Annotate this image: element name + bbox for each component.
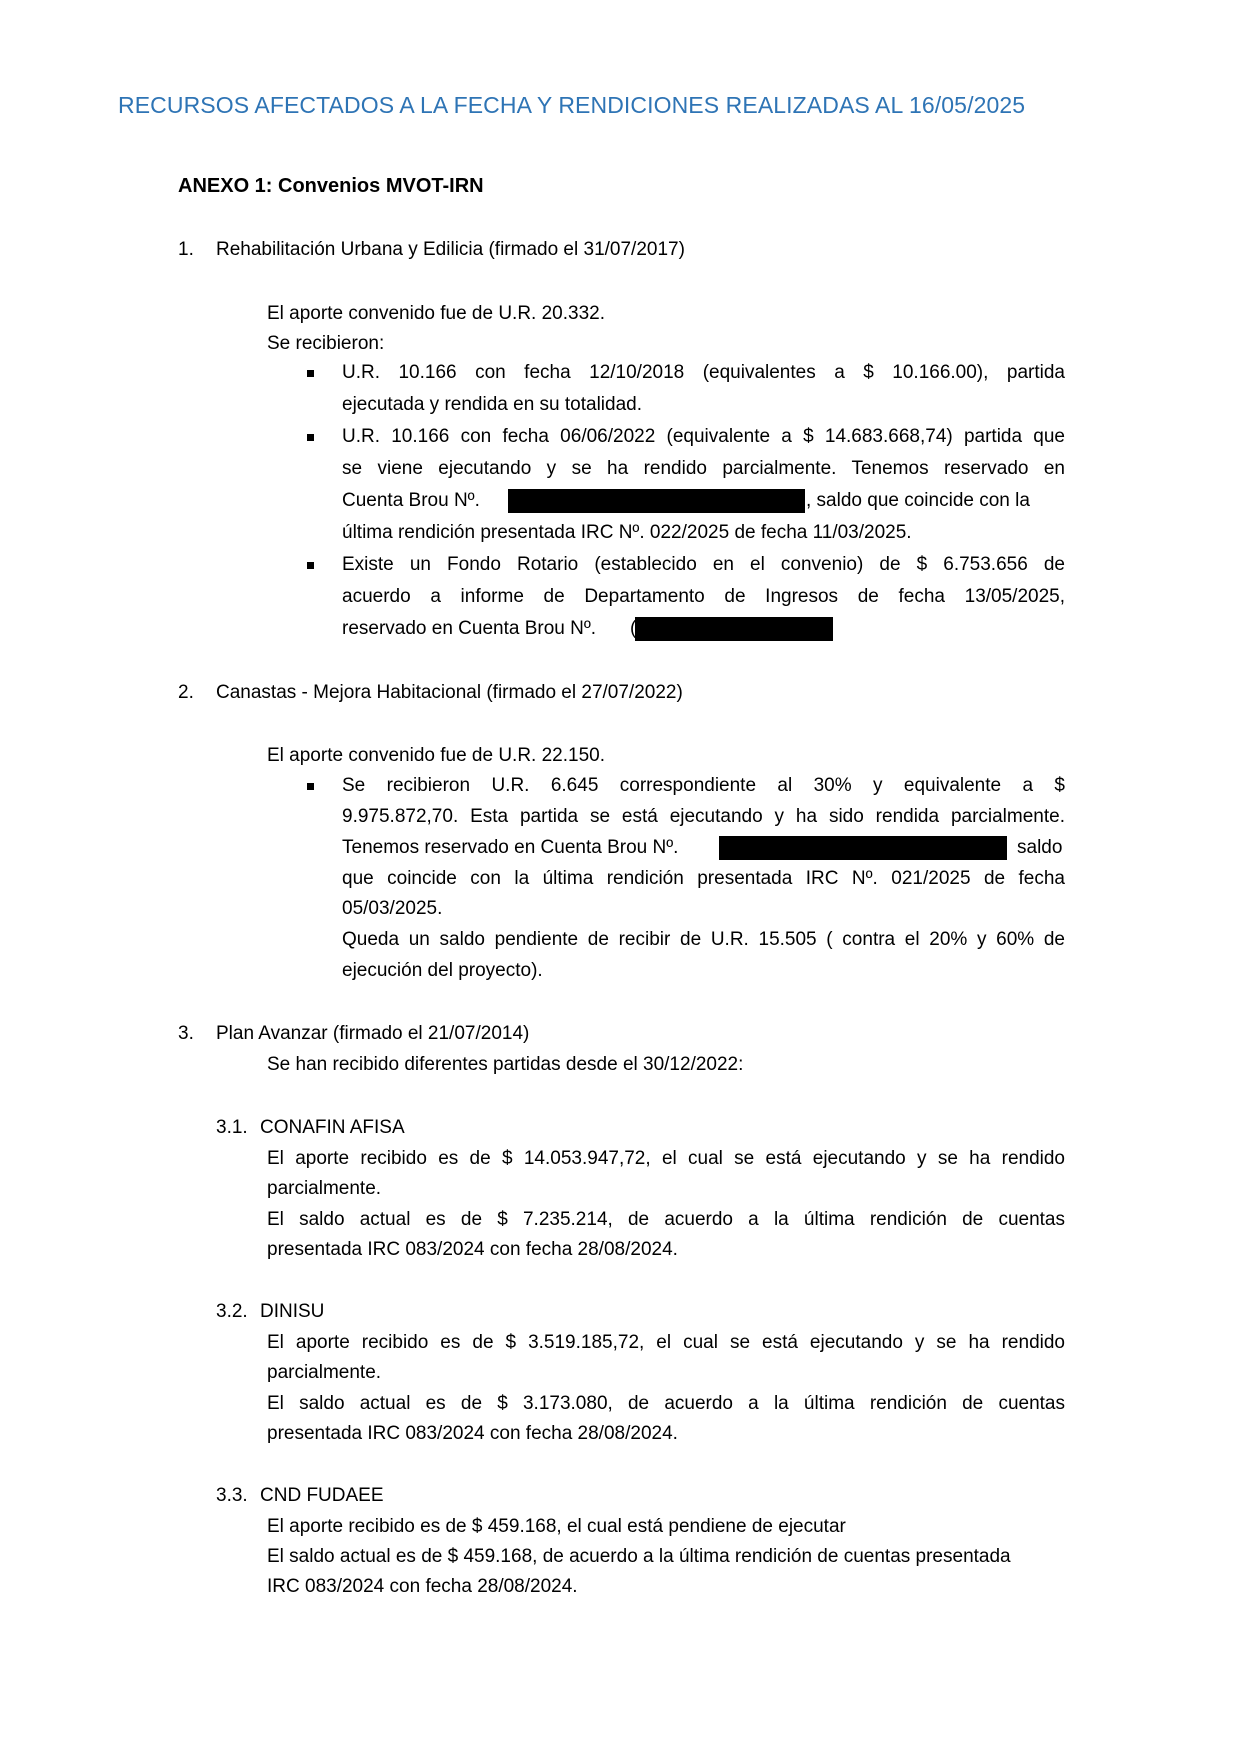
intro-line: El aporte convenido fue de U.R. 22.150. [267, 740, 605, 772]
bullet-text: se viene ejecutando y se ha rendido parc… [342, 453, 1065, 485]
bullet-text: Se recibieron U.R. 6.645 correspondiente… [342, 770, 1065, 802]
account-prefix: Tenemos reservado en Cuenta Brou Nº. [342, 832, 678, 864]
bullet-text: 05/03/2025. [342, 893, 442, 925]
annex-heading: ANEXO 1: Convenios MVOT-IRN [178, 175, 484, 198]
bullet-text: Queda un saldo pendiente de recibir de U… [342, 924, 1065, 956]
subsection-text: presentada IRC 083/2024 con fecha 28/08/… [267, 1418, 678, 1450]
subsection-number: 3.1. [216, 1112, 248, 1144]
section-number: 2. [178, 677, 194, 709]
bullet-text: Existe un Fondo Rotario (establecido en … [342, 549, 1065, 581]
bullet-marker [307, 562, 314, 569]
bullet-text: acuerdo a informe de Departamento de Ing… [342, 581, 1065, 613]
intro-line: Se han recibido diferentes partidas desd… [267, 1049, 743, 1081]
bullet-text: que coincide con la última rendición pre… [342, 863, 1065, 895]
section-number: 3. [178, 1018, 194, 1050]
subsection-text: parcialmente. [267, 1357, 381, 1389]
account-suffix: , saldo que coincide con la [806, 485, 1030, 517]
subsection-heading: CONAFIN AFISA [260, 1112, 405, 1144]
bullet-text: U.R. 10.166 con fecha 12/10/2018 (equiva… [342, 357, 1065, 389]
subsection-number: 3.2. [216, 1296, 248, 1328]
subsection-text: El aporte recibido es de $ 459.168, el c… [267, 1511, 846, 1543]
subsection-number: 3.3. [216, 1480, 248, 1512]
subsection-text: presentada IRC 083/2024 con fecha 28/08/… [267, 1234, 678, 1266]
bullet-text: U.R. 10.166 con fecha 06/06/2022 (equiva… [342, 421, 1065, 453]
subsection-text: parcialmente. [267, 1173, 381, 1205]
section-heading: Plan Avanzar (firmado el 21/07/2014) [216, 1018, 529, 1050]
subsection-text: El saldo actual es de $ 459.168, de acue… [267, 1541, 1011, 1573]
page-title: RECURSOS AFECTADOS A LA FECHA Y RENDICIO… [118, 92, 1025, 119]
subsection-text: El saldo actual es de $ 3.173.080, de ac… [267, 1388, 1065, 1420]
subsection-text: El saldo actual es de $ 7.235.214, de ac… [267, 1204, 1065, 1236]
redacted-account-number [508, 489, 805, 513]
subsection-heading: CND FUDAEE [260, 1480, 384, 1512]
subsection-heading: DINISU [260, 1296, 324, 1328]
document-page: RECURSOS AFECTADOS A LA FECHA Y RENDICIO… [0, 0, 1241, 1755]
account-suffix: saldo [1017, 832, 1062, 864]
account-prefix: reservado en Cuenta Brou Nº. [342, 613, 596, 645]
redacted-account-number [719, 836, 1007, 860]
redacted-account-number [635, 617, 833, 641]
subsection-text: IRC 083/2024 con fecha 28/08/2024. [267, 1571, 578, 1603]
bullet-text: última rendición presentada IRC Nº. 022/… [342, 517, 912, 549]
intro-line: Se recibieron: [267, 328, 384, 360]
bullet-marker [307, 783, 314, 790]
bullet-text: 9.975.872,70. Esta partida se está ejecu… [342, 801, 1065, 833]
section-number: 1. [178, 234, 194, 266]
bullet-marker [307, 434, 314, 441]
account-prefix: Cuenta Brou Nº. [342, 485, 480, 517]
section-heading: Canastas - Mejora Habitacional (firmado … [216, 677, 683, 709]
subsection-text: El aporte recibido es de $ 14.053.947,72… [267, 1143, 1065, 1175]
bullet-marker [307, 370, 314, 377]
subsection-text: El aporte recibido es de $ 3.519.185,72,… [267, 1327, 1065, 1359]
intro-line: El aporte convenido fue de U.R. 20.332. [267, 298, 605, 330]
bullet-text: ejecución del proyecto). [342, 955, 543, 987]
bullet-text: ejecutada y rendida en su totalidad. [342, 389, 642, 421]
section-heading: Rehabilitación Urbana y Edilicia (firmad… [216, 234, 685, 266]
